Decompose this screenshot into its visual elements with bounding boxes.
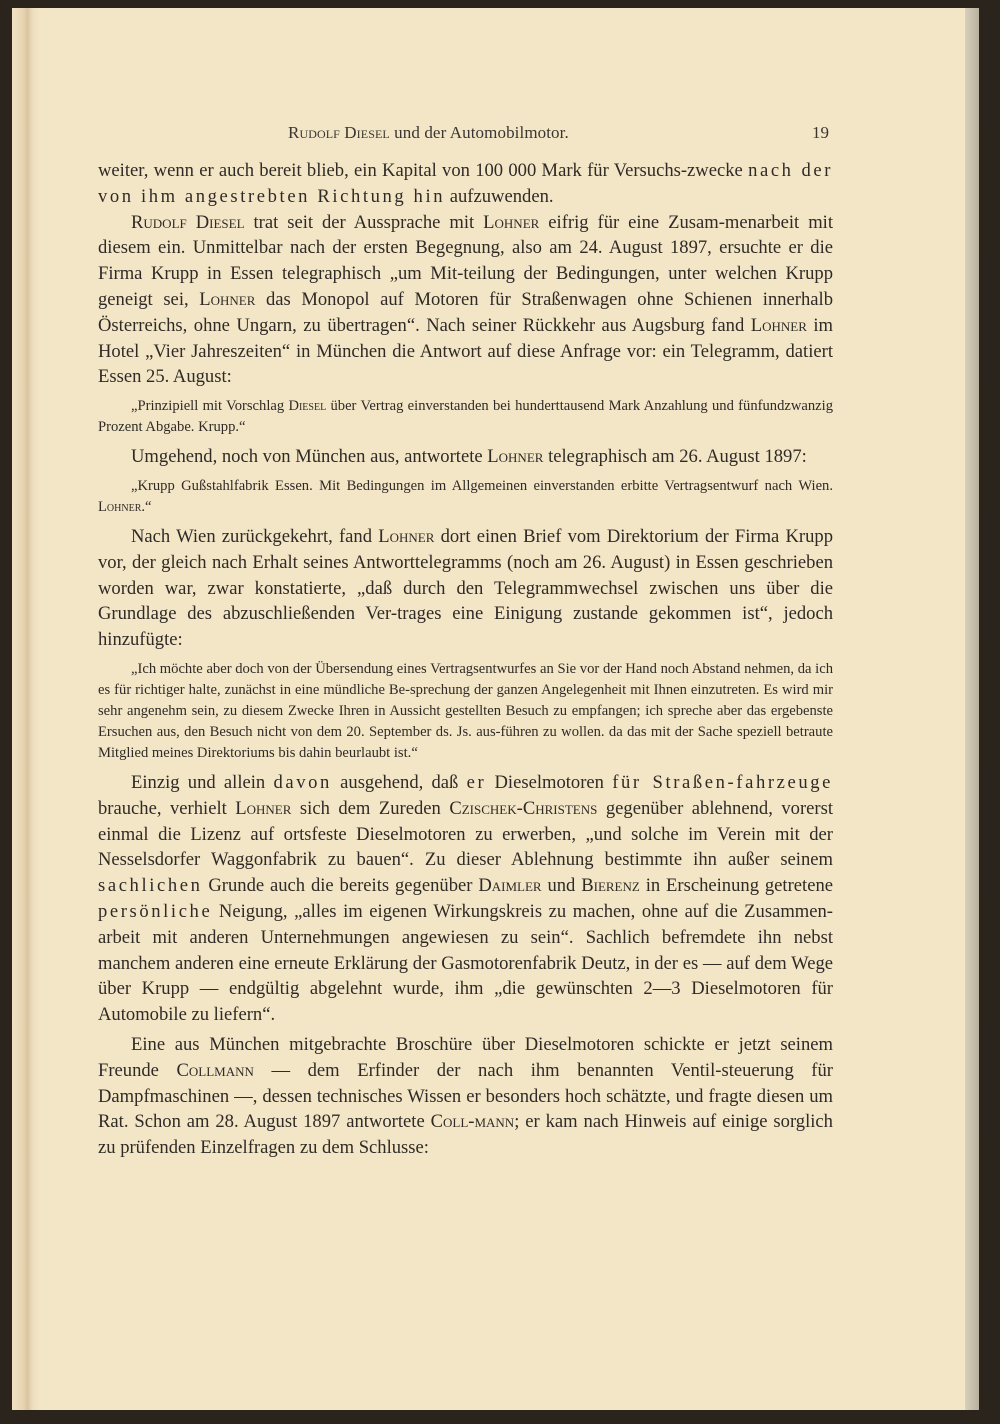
paragraph-4: Nach Wien zurückgekehrt, fand Lohner dor… [98, 524, 833, 653]
quote-krupp-letter: „Ich möchte aber doch von der Übersendun… [98, 659, 833, 764]
body-text: weiter, wenn er auch bereit blieb, ein K… [98, 158, 833, 1161]
running-title: Rudolf Diesel und der Automobilmotor. [288, 123, 569, 143]
paragraph-5: Einzig und allein davon ausgehend, daß e… [98, 770, 833, 1028]
paragraph-2: Rudolf Diesel trat seit der Aussprache m… [98, 210, 833, 391]
paragraph-3: Umgehend, noch von München aus, antworte… [98, 444, 833, 470]
paragraph-1: weiter, wenn er auch bereit blieb, ein K… [98, 158, 833, 210]
page-edge [965, 8, 979, 1410]
quote-telegram-lohner: „Krupp Gußstahlfabrik Essen. Mit Bedingu… [98, 476, 833, 518]
paragraph-6: Eine aus München mitgebrachte Broschüre … [98, 1032, 833, 1161]
book-page: Rudolf Diesel und der Automobilmotor. 19… [12, 8, 967, 1410]
page-number: 19 [812, 123, 829, 143]
quote-telegram-krupp: „Prinzipiell mit Vorschlag Diesel über V… [98, 396, 833, 438]
page-binding-shadow [12, 8, 40, 1410]
